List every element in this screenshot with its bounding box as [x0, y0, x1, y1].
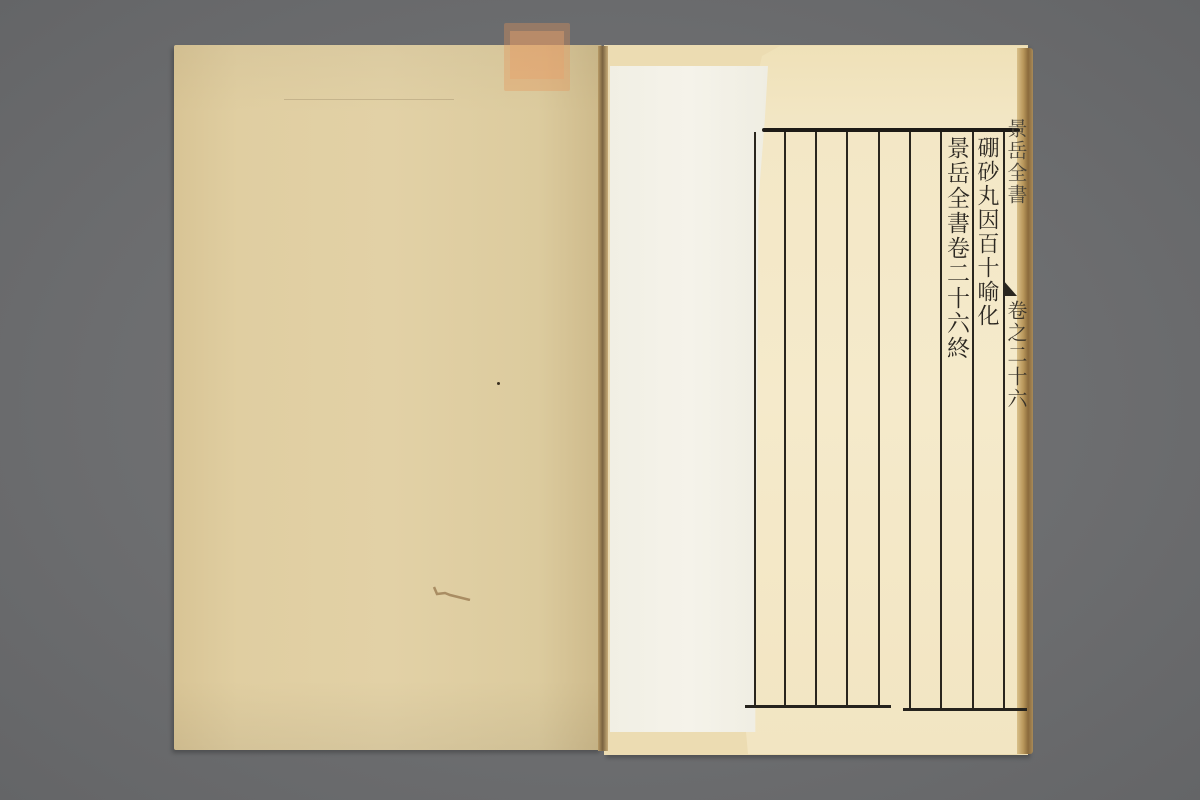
faint-offset-line	[284, 99, 454, 100]
column-rule	[754, 132, 756, 706]
column-rule	[878, 132, 880, 706]
paper-insert-slip	[610, 66, 768, 732]
print-frame-bottom	[903, 708, 1027, 711]
text-column-recipe: 硼砂丸因百十喻化	[975, 136, 997, 328]
left-page	[174, 45, 602, 750]
fishtail-mark	[1003, 280, 1017, 296]
margin-title: 景岳全書	[1006, 118, 1026, 206]
column-rule	[1003, 132, 1005, 708]
column-rule	[940, 132, 942, 708]
stain-mark	[432, 585, 472, 601]
column-rule	[909, 132, 911, 708]
column-rule	[784, 132, 786, 706]
ink-speck	[497, 382, 500, 385]
column-rule	[815, 132, 817, 706]
text-column-end-title: 景岳全書卷二十六終	[944, 136, 967, 361]
margin-volume: 卷之二十六	[1006, 300, 1026, 410]
book-gutter	[598, 46, 608, 751]
column-rule	[846, 132, 848, 706]
print-frame-top	[762, 128, 1020, 132]
seal-stamp	[504, 23, 570, 91]
print-frame-bottom	[745, 705, 891, 708]
